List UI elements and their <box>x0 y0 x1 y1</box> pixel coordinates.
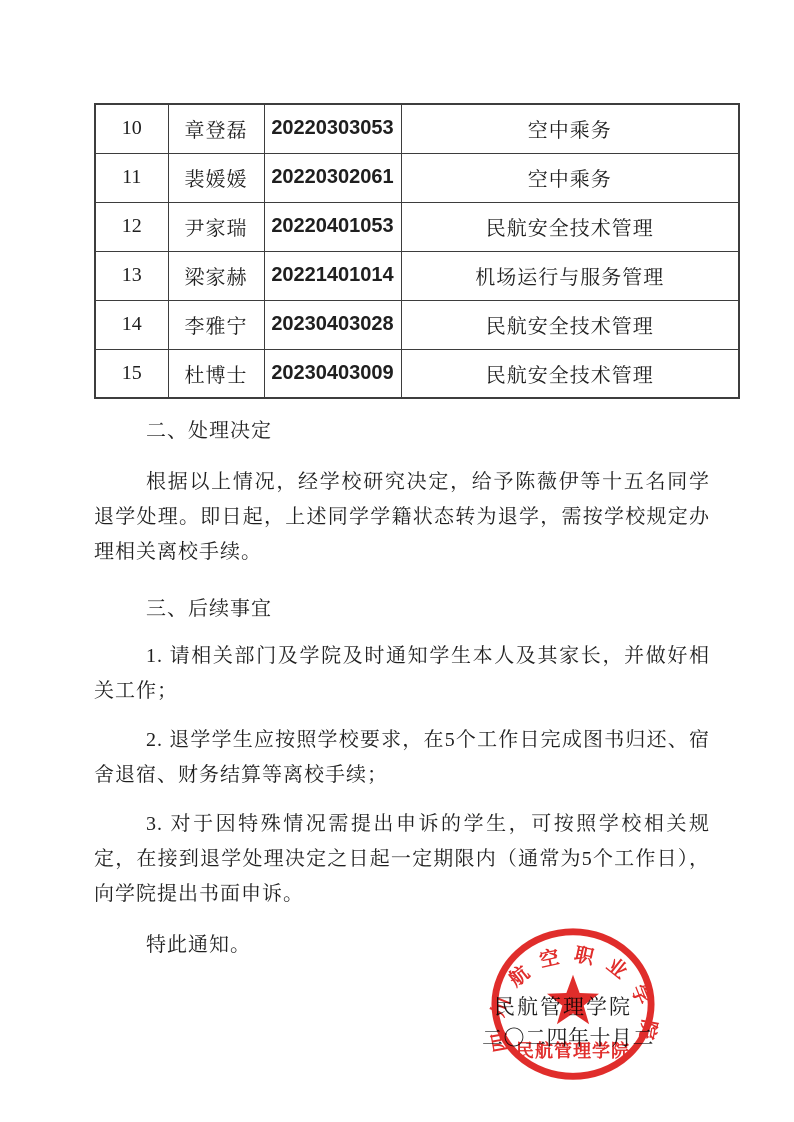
document-page: 10 章登磊 20220303053 空中乘务 11 裴媛媛 202203020… <box>0 0 794 1122</box>
row-number-cell: 13 <box>95 251 168 300</box>
section-heading-decision: 二、处理决定 <box>94 414 710 449</box>
name-cell: 梁家赫 <box>168 251 264 300</box>
row-number-cell: 10 <box>95 104 168 153</box>
major-cell: 民航安全技术管理 <box>401 202 739 251</box>
followup-item-3: 3. 对于因特殊情况需提出申诉的学生，可按照学校相关规定，在接到退学处理决定之日… <box>94 807 710 912</box>
major-cell: 空中乘务 <box>401 153 739 202</box>
notice-body: 二、处理决定 根据以上情况，经学校研究决定，给予陈薇伊等十五名同学退学处理。即日… <box>94 414 710 963</box>
closing-line: 特此通知。 <box>94 928 710 963</box>
student-table: 10 章登磊 20220303053 空中乘务 11 裴媛媛 202203020… <box>94 103 740 399</box>
major-cell: 空中乘务 <box>401 104 739 153</box>
row-number-cell: 12 <box>95 202 168 251</box>
followup-item-1: 1. 请相关部门及学院及时通知学生本人及其家长，并做好相关工作； <box>94 639 710 709</box>
section-heading-followup: 三、后续事宜 <box>94 592 710 627</box>
table-row: 12 尹家瑞 20220401053 民航安全技术管理 <box>95 202 739 251</box>
table-row: 10 章登磊 20220303053 空中乘务 <box>95 104 739 153</box>
student-id-cell: 20230403009 <box>264 349 401 398</box>
row-number-cell: 15 <box>95 349 168 398</box>
table-row: 15 杜博士 20230403009 民航安全技术管理 <box>95 349 739 398</box>
student-id-cell: 20220302061 <box>264 153 401 202</box>
student-id-cell: 20220303053 <box>264 104 401 153</box>
name-cell: 裴媛媛 <box>168 153 264 202</box>
name-cell: 尹家瑞 <box>168 202 264 251</box>
student-id-cell: 20230403028 <box>264 300 401 349</box>
student-id-cell: 20221401014 <box>264 251 401 300</box>
row-number-cell: 11 <box>95 153 168 202</box>
student-id-cell: 20220401053 <box>264 202 401 251</box>
signature-org: 民航管理学院 <box>494 991 632 1021</box>
decision-paragraph: 根据以上情况，经学校研究决定，给予陈薇伊等十五名同学退学处理。即日起，上述同学学… <box>94 465 710 570</box>
row-number-cell: 14 <box>95 300 168 349</box>
major-cell: 民航安全技术管理 <box>401 300 739 349</box>
table-row: 14 李雅宁 20230403028 民航安全技术管理 <box>95 300 739 349</box>
followup-item-2: 2. 退学学生应按照学校要求，在5个工作日完成图书归还、宿舍退宿、财务结算等离校… <box>94 723 710 793</box>
name-cell: 杜博士 <box>168 349 264 398</box>
signature-date: 二〇二四年十月二 <box>482 1022 654 1052</box>
major-cell: 机场运行与服务管理 <box>401 251 739 300</box>
name-cell: 章登磊 <box>168 104 264 153</box>
table-row: 13 梁家赫 20221401014 机场运行与服务管理 <box>95 251 739 300</box>
name-cell: 李雅宁 <box>168 300 264 349</box>
table-row: 11 裴媛媛 20220302061 空中乘务 <box>95 153 739 202</box>
major-cell: 民航安全技术管理 <box>401 349 739 398</box>
